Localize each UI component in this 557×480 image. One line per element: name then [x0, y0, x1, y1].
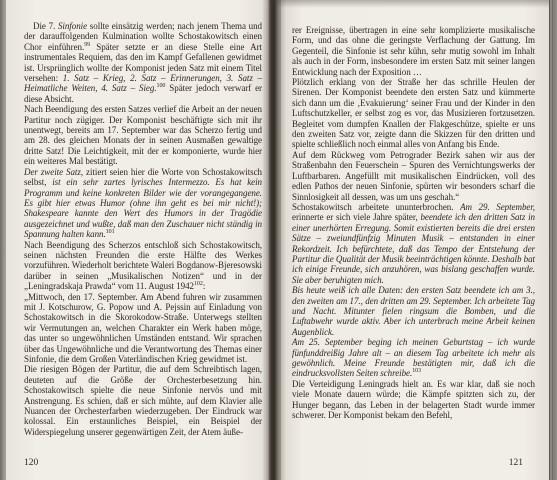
paragraph: Auf dem Rückweg vom Petrograder Bezirk s…	[292, 150, 535, 202]
text-segment: Bis heute weiß ich alle Daten: den erste…	[292, 285, 535, 337]
text-segment: Nach Beendigung des ersten Satzes verlie…	[24, 104, 262, 166]
paragraph: „Mittwoch, den 17. September. Am Abend f…	[24, 292, 262, 365]
paragraph: Die Verteidigung Leningrads hielt an. Es…	[292, 379, 535, 421]
text-segment: Plötzlich erklang von der Straße her das…	[292, 77, 535, 149]
paragraph: Bis heute weiß ich alle Daten: den erste…	[292, 285, 535, 337]
text-segment: Sinfonie	[58, 21, 87, 31]
text-segment: Die 7.	[33, 21, 58, 31]
paragraph: Nach Beendigung des ersten Satzes verlie…	[24, 104, 262, 166]
right-page: rer Ereignisse, übertragen in eine sehr …	[281, 0, 551, 480]
paragraph: Am 25. September beging ich meinen Gebur…	[292, 337, 535, 379]
text-segment: ist ein sehr zartes lyrisches Intermezzo…	[24, 177, 262, 239]
scan-left-edge	[0, 0, 6, 480]
left-page: Die 7. Sinfonie sollte einsätzig werden;…	[6, 0, 269, 480]
left-page-text: Die 7. Sinfonie sollte einsätzig werden;…	[24, 21, 262, 437]
book-spread: Die 7. Sinfonie sollte einsätzig werden;…	[0, 0, 557, 480]
text-segment: Die riesigen Bögen der Partitur, die auf…	[24, 364, 262, 436]
text-segment: beendete ich den dritten Satz in einer u…	[292, 212, 535, 284]
text-segment: rer Ereignisse, übertragen in eine sehr …	[292, 25, 535, 77]
footnote-reference: 101	[106, 229, 115, 235]
left-page-number: 120	[24, 458, 38, 468]
text-segment: Am 29. September,	[460, 202, 535, 212]
text-segment: „Mittwoch, den 17. September. Am Abend f…	[24, 292, 262, 364]
right-page-number: 121	[509, 458, 523, 468]
text-segment: Die Verteidigung Leningrads hielt an. Es…	[292, 379, 535, 420]
text-segment: erinnerte er sich viele Jahre später,	[292, 212, 420, 222]
paragraph: Schostakowitsch arbeitete ununterbrochen…	[292, 202, 535, 285]
text-segment: Schostakowitsch arbeitete ununterbrochen…	[292, 202, 460, 212]
paragraph: rer Ereignisse, übertragen in eine sehr …	[292, 25, 535, 77]
footnote-reference: 103	[412, 368, 421, 374]
paragraph: Die 7. Sinfonie sollte einsätzig werden;…	[24, 21, 262, 104]
right-page-text: rer Ereignisse, übertragen in eine sehr …	[292, 25, 535, 420]
scan-top-shadow	[270, 0, 557, 8]
text-segment: Auf dem Rückweg vom Petrograder Bezirk s…	[292, 150, 535, 202]
page-stack-edge	[549, 0, 557, 480]
text-segment: :	[203, 281, 205, 291]
paragraph: Der zweite Satz, zitiert seien hier die …	[24, 167, 262, 240]
text-segment: Der zweite Satz	[24, 167, 81, 177]
paragraph: Nach Beendigung des Scherzos entschloß s…	[24, 240, 262, 292]
paragraph: Plötzlich erklang von der Straße her das…	[292, 77, 535, 150]
book-gutter-shadow	[262, 0, 286, 480]
paragraph: Die riesigen Bögen der Partitur, die auf…	[24, 364, 262, 437]
text-segment: Nach Beendigung des Scherzos entschloß s…	[24, 240, 262, 292]
footnote-reference: 102	[194, 281, 203, 287]
